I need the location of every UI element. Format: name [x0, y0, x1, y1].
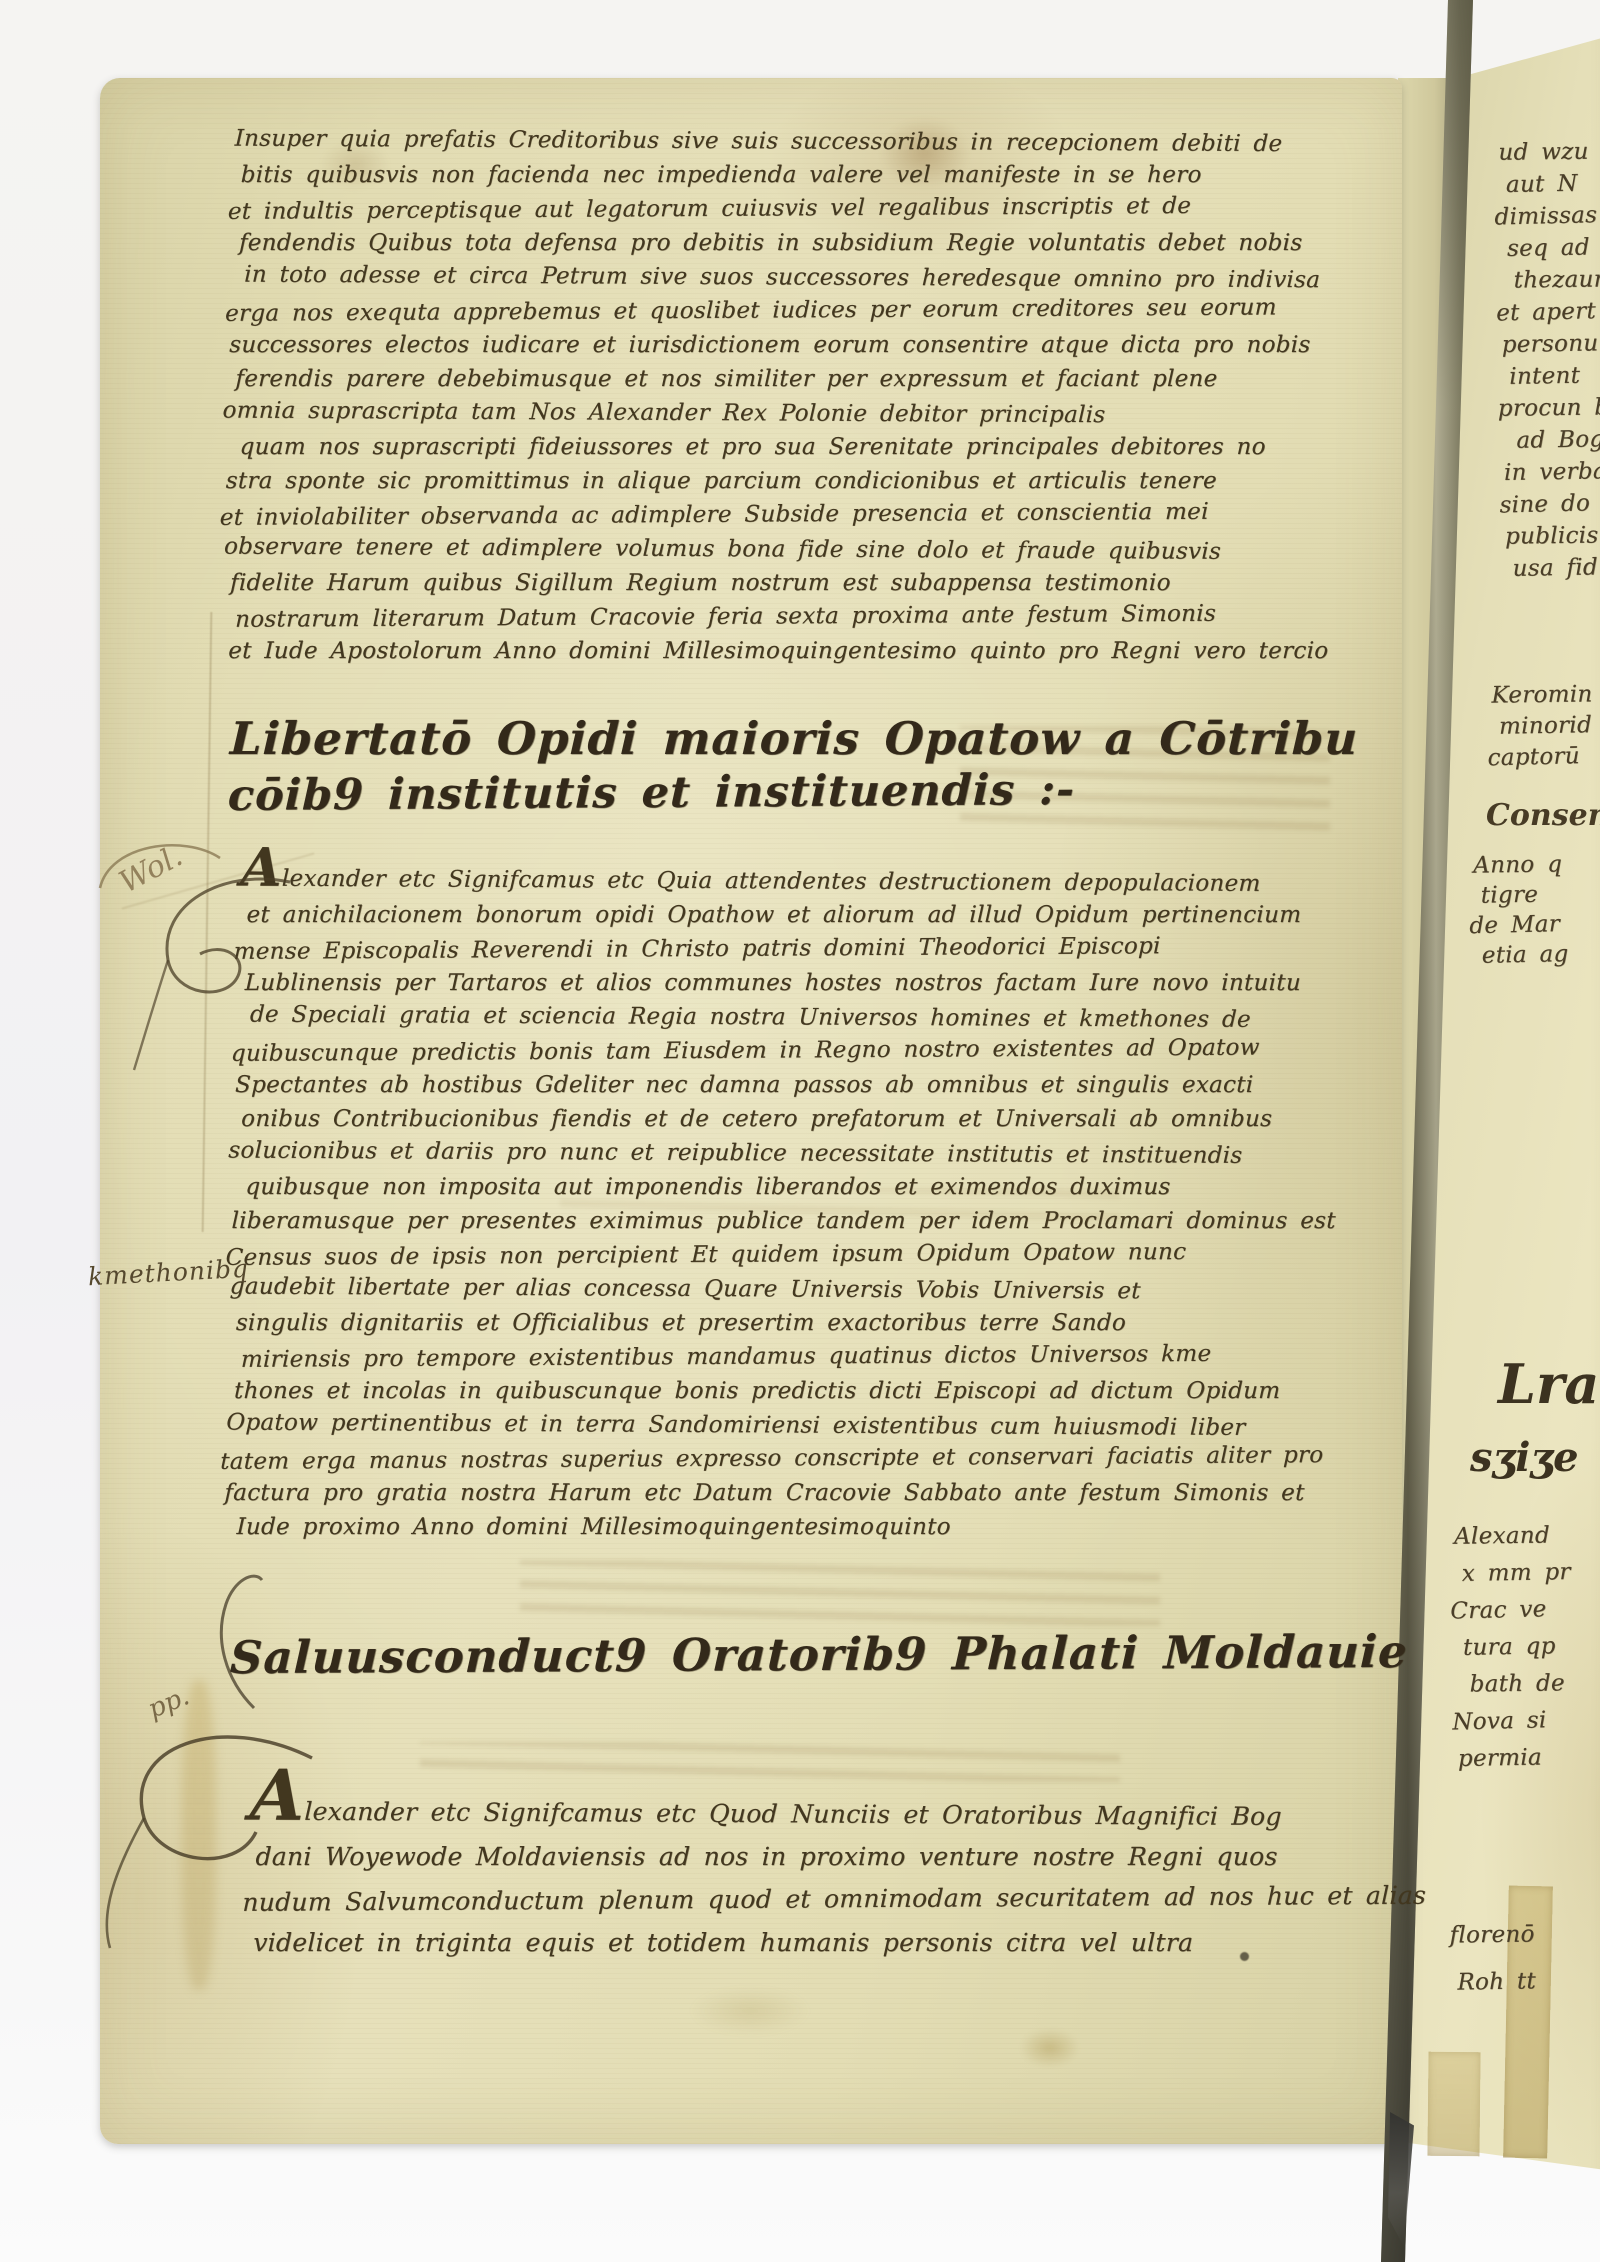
manuscript-line: liberamusque per presentes eximimus publ… — [231, 1204, 1172, 1238]
manuscript-line: quibuscunque predictis bonis tam Eiusdem… — [231, 1031, 1177, 1071]
manuscript-line: quibusque non imposita aut imponendis li… — [245, 1170, 1173, 1204]
fragment-line: bath de — [1469, 1665, 1572, 1703]
right-page-fragments-mid1: Kerominminoridcaptorū — [1491, 679, 1594, 774]
fragment-line: thezaur — [1513, 263, 1600, 296]
manuscript-line: de Speciali gratia et sciencia Regia nos… — [249, 998, 1177, 1037]
manuscript-line: factura pro gratia nostra Harum etc Datu… — [224, 1476, 1165, 1510]
manuscript-line: Insuper quia prefatis Creditoribus sive … — [234, 122, 1165, 161]
manuscript-line: thones et incolas in quibuscunque bonis … — [234, 1374, 1168, 1408]
section-heading-libertatio-line-1: Libertatō Opidi maioris Opatow a Cōtribu — [229, 712, 1359, 765]
fragment-line: Keromin — [1491, 679, 1592, 711]
right-page-heading-fragment-consens: Consens — [1486, 798, 1600, 833]
fragment-line: ud wzu — [1498, 135, 1600, 168]
fragment-line: ad Bog — [1516, 423, 1600, 457]
fragment-line: sine do — [1499, 487, 1600, 522]
manuscript-line: gaudebit libertate per alias concessa Qu… — [229, 1270, 1170, 1309]
manuscript-line: stra sponte sic promittimus in alique pa… — [225, 464, 1156, 498]
fragment-line: etia ag — [1482, 939, 1569, 971]
fragment-line: tigre — [1480, 879, 1567, 911]
fragment-line: Alexand — [1454, 1517, 1570, 1555]
fragment-line: Roh tt — [1457, 1958, 1536, 2006]
manuscript-line: miriensis pro tempore existentibus manda… — [241, 1337, 1169, 1377]
fragment-line: in verba — [1504, 455, 1600, 489]
fragment-line: Anno q — [1473, 849, 1567, 880]
manuscript-line: ferendis parere debebimusque et nos simi… — [235, 362, 1159, 396]
section-heading-salvusconductus: Saluusconduct9 Oratorib9 Phalati Moldaui… — [229, 1625, 1408, 1684]
text-block-fideiussio: Insuper quia prefatis Creditoribus sive … — [221, 124, 1165, 668]
manuscript-line: singulis dignitariis et Officialibus et … — [235, 1306, 1169, 1340]
fragment-line: Crac ve — [1450, 1591, 1572, 1631]
fragment-line: personum — [1501, 327, 1600, 361]
fragment-line: de Mar — [1469, 909, 1568, 941]
manuscript-line: mense Episcopalis Reverendi in Christo p… — [233, 929, 1179, 969]
manuscript-line: et inviolabiliter observanda ac adimpler… — [219, 495, 1155, 535]
manuscript-line: et anichilacionem bonorum opidi Opathow … — [246, 898, 1180, 932]
right-page-fragments-top: ud wzuaut Ndimissasseq adthezauret apert… — [1498, 135, 1600, 585]
right-page-fragments-bottom: florenōRoh tt — [1449, 1911, 1536, 2006]
manuscript-line: Alexander etc Signifcamus etc Quod Nunci… — [249, 1790, 1190, 1838]
fragment-line: intent — [1509, 359, 1600, 393]
manuscript-line: et Iude Apostolorum Anno domini Millesim… — [228, 634, 1152, 668]
tape-strip-patch — [1427, 2052, 1480, 2157]
right-page-heading-fragment-2: sʒiʒe — [1470, 1434, 1579, 1481]
manuscript-line: videlicet in triginta equis et totidem h… — [253, 1921, 1187, 1964]
fragment-line: usa fid — [1512, 551, 1600, 585]
manuscript-line: Census suos de ipsis non percipient Et q… — [225, 1235, 1171, 1275]
fragment-line: minorid — [1499, 710, 1594, 743]
section-heading-libertatio-line-2: cōib9 institutis et instituendis :- — [227, 765, 1075, 821]
fragment-line: Nova si — [1452, 1702, 1574, 1742]
manuscript-line: solucionibus et dariis pro nunc et reipu… — [228, 1134, 1174, 1173]
fragment-line: tura qp — [1463, 1628, 1573, 1667]
manuscript-line: bitis quibusvis non facienda nec impedie… — [240, 158, 1164, 192]
fragment-line: publicis — [1505, 519, 1600, 552]
fragment-line: x mm pr — [1461, 1554, 1571, 1593]
manuscript-line: tatem erga manus nostras superius expres… — [220, 1439, 1166, 1479]
manuscript-line: Opatow pertinentibus et in terra Sandomi… — [226, 1406, 1167, 1445]
manuscript-line: Alexander etc Signifcamus etc Quia atten… — [240, 862, 1181, 901]
manuscript-line: observare tenere et adimplere volumus bo… — [224, 530, 1155, 569]
fragment-line: dimissas — [1494, 199, 1600, 234]
right-page-fragments-mid2: Anno qtigrede Maretia ag — [1473, 849, 1569, 971]
fragment-line: aut N — [1506, 167, 1600, 201]
fragment-line: seq ad — [1507, 231, 1600, 265]
manuscript-line: Spectantes ab hostibus Gdeliter nec damn… — [235, 1068, 1176, 1102]
manuscript-line: erga nos exequta apprebemus et quoslibet… — [225, 291, 1161, 331]
manuscript-line: Iude proximo Anno domini Millesimoquinge… — [236, 1510, 1164, 1544]
manuscript-line: Lublinensis per Tartaros et alios commun… — [244, 966, 1178, 1000]
manuscript-line: onibus Contribucionibus fiendis et de ce… — [241, 1102, 1175, 1136]
fragment-line: captorū — [1487, 741, 1594, 774]
manuscript-line: nudum Salvumconductum plenum quod et omn… — [242, 1875, 1188, 1924]
scan-background: { "document": { "kind": "manuscript-scan… — [0, 0, 1600, 2262]
fragment-line: permia — [1458, 1739, 1575, 1778]
manuscript-line: fidelite Harum quibus Sigillum Regium no… — [230, 566, 1154, 600]
fragment-line: florenō — [1449, 1911, 1535, 1959]
manuscript-line: dani Woyewode Moldaviensis ad nos in pro… — [255, 1835, 1189, 1878]
manuscript-line: fendendis Quibus tota defensa pro debiti… — [239, 226, 1163, 260]
manuscript-line: nostrarum literarum Datum Cracovie feria… — [235, 597, 1153, 637]
manuscript-line: successores electos iudicare et iurisdic… — [229, 328, 1160, 362]
right-page-fragments-low: Alexandx mm prCrac vetura qpbath deNova … — [1454, 1517, 1575, 1778]
fragment-line: procun b — [1498, 391, 1600, 425]
manuscript-line: quam nos suprascripti fideiussores et pr… — [239, 430, 1157, 464]
right-page-heading-fragment-1: Lra — [1498, 1352, 1599, 1416]
manuscript-line: et indultis perceptisque aut legatorum c… — [227, 189, 1163, 229]
text-block-libertatio: Alexander etc Signifcamus etc Quia atten… — [223, 864, 1181, 1544]
fragment-line: et apert — [1496, 295, 1600, 330]
text-block-salvusconductus: Alexander etc Signifcamus etc Quod Nunci… — [246, 1792, 1191, 1964]
manuscript-line: in toto adesse et circa Petrum sive suos… — [244, 258, 1162, 297]
manuscript-line: omnia suprascripta tam Nos Alexander Rex… — [222, 394, 1158, 433]
